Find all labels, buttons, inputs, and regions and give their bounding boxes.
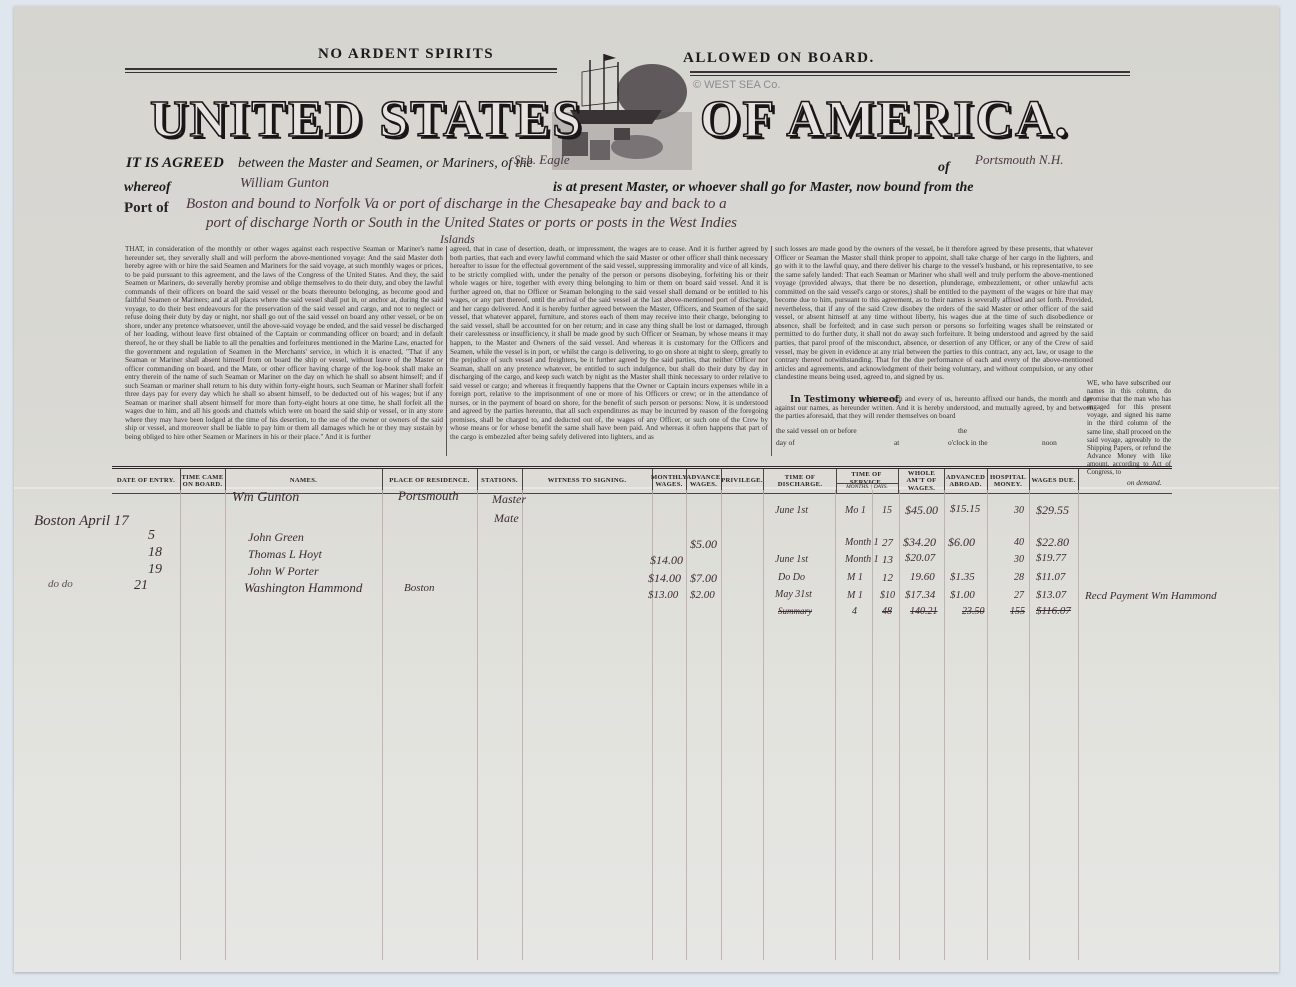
crew-hospital: 30 (1014, 505, 1024, 516)
banner-left: NO ARDENT SPIRITS (318, 46, 494, 63)
watermark: © WEST SEA Co. (693, 79, 780, 91)
crew-hospital: 27 (1014, 590, 1024, 601)
crew-advance: $2.00 (690, 589, 715, 601)
home-port-field: Portsmouth N.H. (975, 152, 1063, 168)
crew-station: Master (492, 492, 526, 507)
master-text: is at present Master, or whoever shall g… (553, 180, 973, 196)
col-date-of-entry: DATE OF ENTRY. (112, 469, 181, 493)
vessel-on-before-label: the said vessel on or before (776, 427, 857, 436)
payment-receipt-note: Recd Payment Wm Hammond (1085, 590, 1217, 602)
title-right: OF AMERICA. (700, 94, 1070, 146)
crew-residence: Portsmouth (398, 488, 459, 504)
crew-residence: Boston (404, 582, 435, 594)
side-note: WE, who have subscribed our names in thi… (1087, 380, 1171, 477)
col-privilege: PRIVILEGE. (721, 469, 764, 493)
crew-whole: 19.60 (910, 571, 935, 583)
crew-monthly: $14.00 (648, 571, 681, 586)
entry-date: 19 (148, 562, 162, 578)
crew-whole: 140.21 (910, 606, 938, 617)
crew-advance: $5.00 (690, 537, 717, 552)
crew-whole: $45.00 (905, 503, 938, 518)
crew-name: John Green (248, 530, 304, 545)
title-left: UNITED STATES (150, 94, 583, 146)
crew-days: 13 (882, 554, 893, 566)
crew-name: Washington Hammond (244, 580, 362, 596)
port-label: Port of (124, 200, 169, 217)
entry-date: 18 (148, 545, 162, 561)
crew-due: $29.55 (1036, 503, 1069, 518)
crew-due: $11.07 (1036, 571, 1065, 583)
oclock-label: o'clock in the (948, 439, 988, 448)
crew-monthly: $13.00 (648, 589, 678, 601)
col-advanced-abroad: ADVANCED ABROAD. (944, 469, 988, 493)
column-divider (446, 246, 447, 456)
agreed-lead: IT IS AGREED (126, 155, 224, 172)
crew-months: M 1 (847, 590, 863, 601)
crew-abroad: $15.15 (950, 503, 980, 515)
crew-whole: $17.34 (905, 589, 935, 601)
crew-months: Month 1 (845, 554, 879, 565)
crew-hospital: 40 (1014, 537, 1024, 548)
margin-note: do do (48, 578, 73, 590)
terms-column-3: such losses are made good by the owners … (775, 245, 1093, 393)
col-whole-amount: WHOLE AM'T OF WAGES. (899, 469, 945, 493)
master-name-field: William Gunton (240, 176, 329, 192)
crew-discharge: Do Do (778, 572, 805, 583)
crew-due: $22.80 (1036, 535, 1069, 550)
terms-column-1: THAT, in consideration of the monthly or… (125, 245, 443, 457)
banner-rule-left (125, 68, 557, 73)
entry-date: 5 (148, 528, 155, 544)
crew-months: M 1 (847, 572, 863, 583)
crew-abroad: $6.00 (948, 535, 975, 550)
col-time-of-discharge: TIME OF DISCHARGE. (763, 469, 837, 493)
crew-due: $116.07 (1036, 605, 1071, 617)
crew-days: 12 (882, 572, 893, 584)
banner-rule-right (690, 71, 1130, 76)
crew-name: John W Porter (248, 564, 319, 579)
terms-column-2: agreed, that in case of desertion, death… (450, 245, 768, 457)
column-divider (771, 246, 772, 456)
voyage-line-2: port of discharge North or South in the … (206, 215, 737, 232)
crew-due: $13.07 (1036, 589, 1066, 601)
col-stations: STATIONS. (477, 469, 523, 493)
day-of-label: day of (776, 439, 795, 448)
crew-name: Thomas L Hoyt (248, 547, 322, 562)
crew-discharge: June 1st (775, 505, 808, 516)
testimony-text: we have, each and every of us, hereunto … (775, 395, 1093, 423)
col-service-subheader: MONTHS. | DAYS. (836, 483, 898, 490)
crew-hospital: 28 (1014, 572, 1024, 583)
crew-advance: $7.00 (690, 571, 717, 586)
crew-abroad: $1.35 (950, 571, 975, 583)
crew-abroad: $1.00 (950, 589, 975, 601)
the-label: the (958, 427, 967, 436)
col-witness: WITNESS TO SIGNING. (522, 469, 653, 493)
col-advance-wages: ADVANCE WAGES. (686, 469, 722, 493)
crew-discharge: May 31st (775, 589, 812, 600)
col-hospital-money: HOSPITAL MONEY. (987, 469, 1030, 493)
agreed-text: between the Master and Seamen, or Marine… (238, 156, 533, 172)
crew-days: $10 (880, 590, 895, 601)
col-wages-due: WAGES DUE. (1029, 469, 1079, 493)
crew-station: Mate (494, 511, 519, 526)
at-label: at (894, 439, 899, 448)
crew-whole: $20.07 (905, 552, 935, 564)
crew-hospital: 30 (1014, 554, 1024, 565)
crew-abroad: 23.50 (962, 606, 985, 617)
crew-discharge: Summary (778, 606, 812, 616)
noon-label: noon (1042, 439, 1057, 448)
col-monthly-wages: MONTHLY WAGES. (652, 469, 687, 493)
crew-whole: $34.20 (903, 535, 936, 550)
entry-date: 21 (134, 578, 148, 594)
whereof-label: whereof (124, 180, 171, 196)
crew-months: 4 (852, 606, 857, 617)
crew-months: Month 1 (845, 537, 879, 548)
entry-date: Boston April 17 (34, 513, 129, 530)
crew-months: Mo 1 (845, 505, 866, 516)
crew-hospital: 155 (1010, 606, 1025, 617)
crew-due: $19.77 (1036, 552, 1066, 564)
crew-monthly: $14.00 (650, 553, 683, 568)
banner-right: ALLOWED ON BOARD. (683, 50, 875, 67)
crew-name: Wm Gunton (232, 490, 299, 506)
crew-days: 27 (882, 537, 893, 549)
crew-days: 48 (882, 606, 892, 617)
col-time-came-on-board: TIME CAME ON BOARD. (180, 469, 226, 493)
crew-days: 15 (882, 505, 892, 516)
of-label: of (938, 160, 950, 176)
crew-discharge: June 1st (775, 554, 808, 565)
voyage-line-1: Boston and bound to Norfolk Va or port o… (186, 196, 727, 213)
vessel-name-field: Sch. Eagle (514, 152, 570, 168)
